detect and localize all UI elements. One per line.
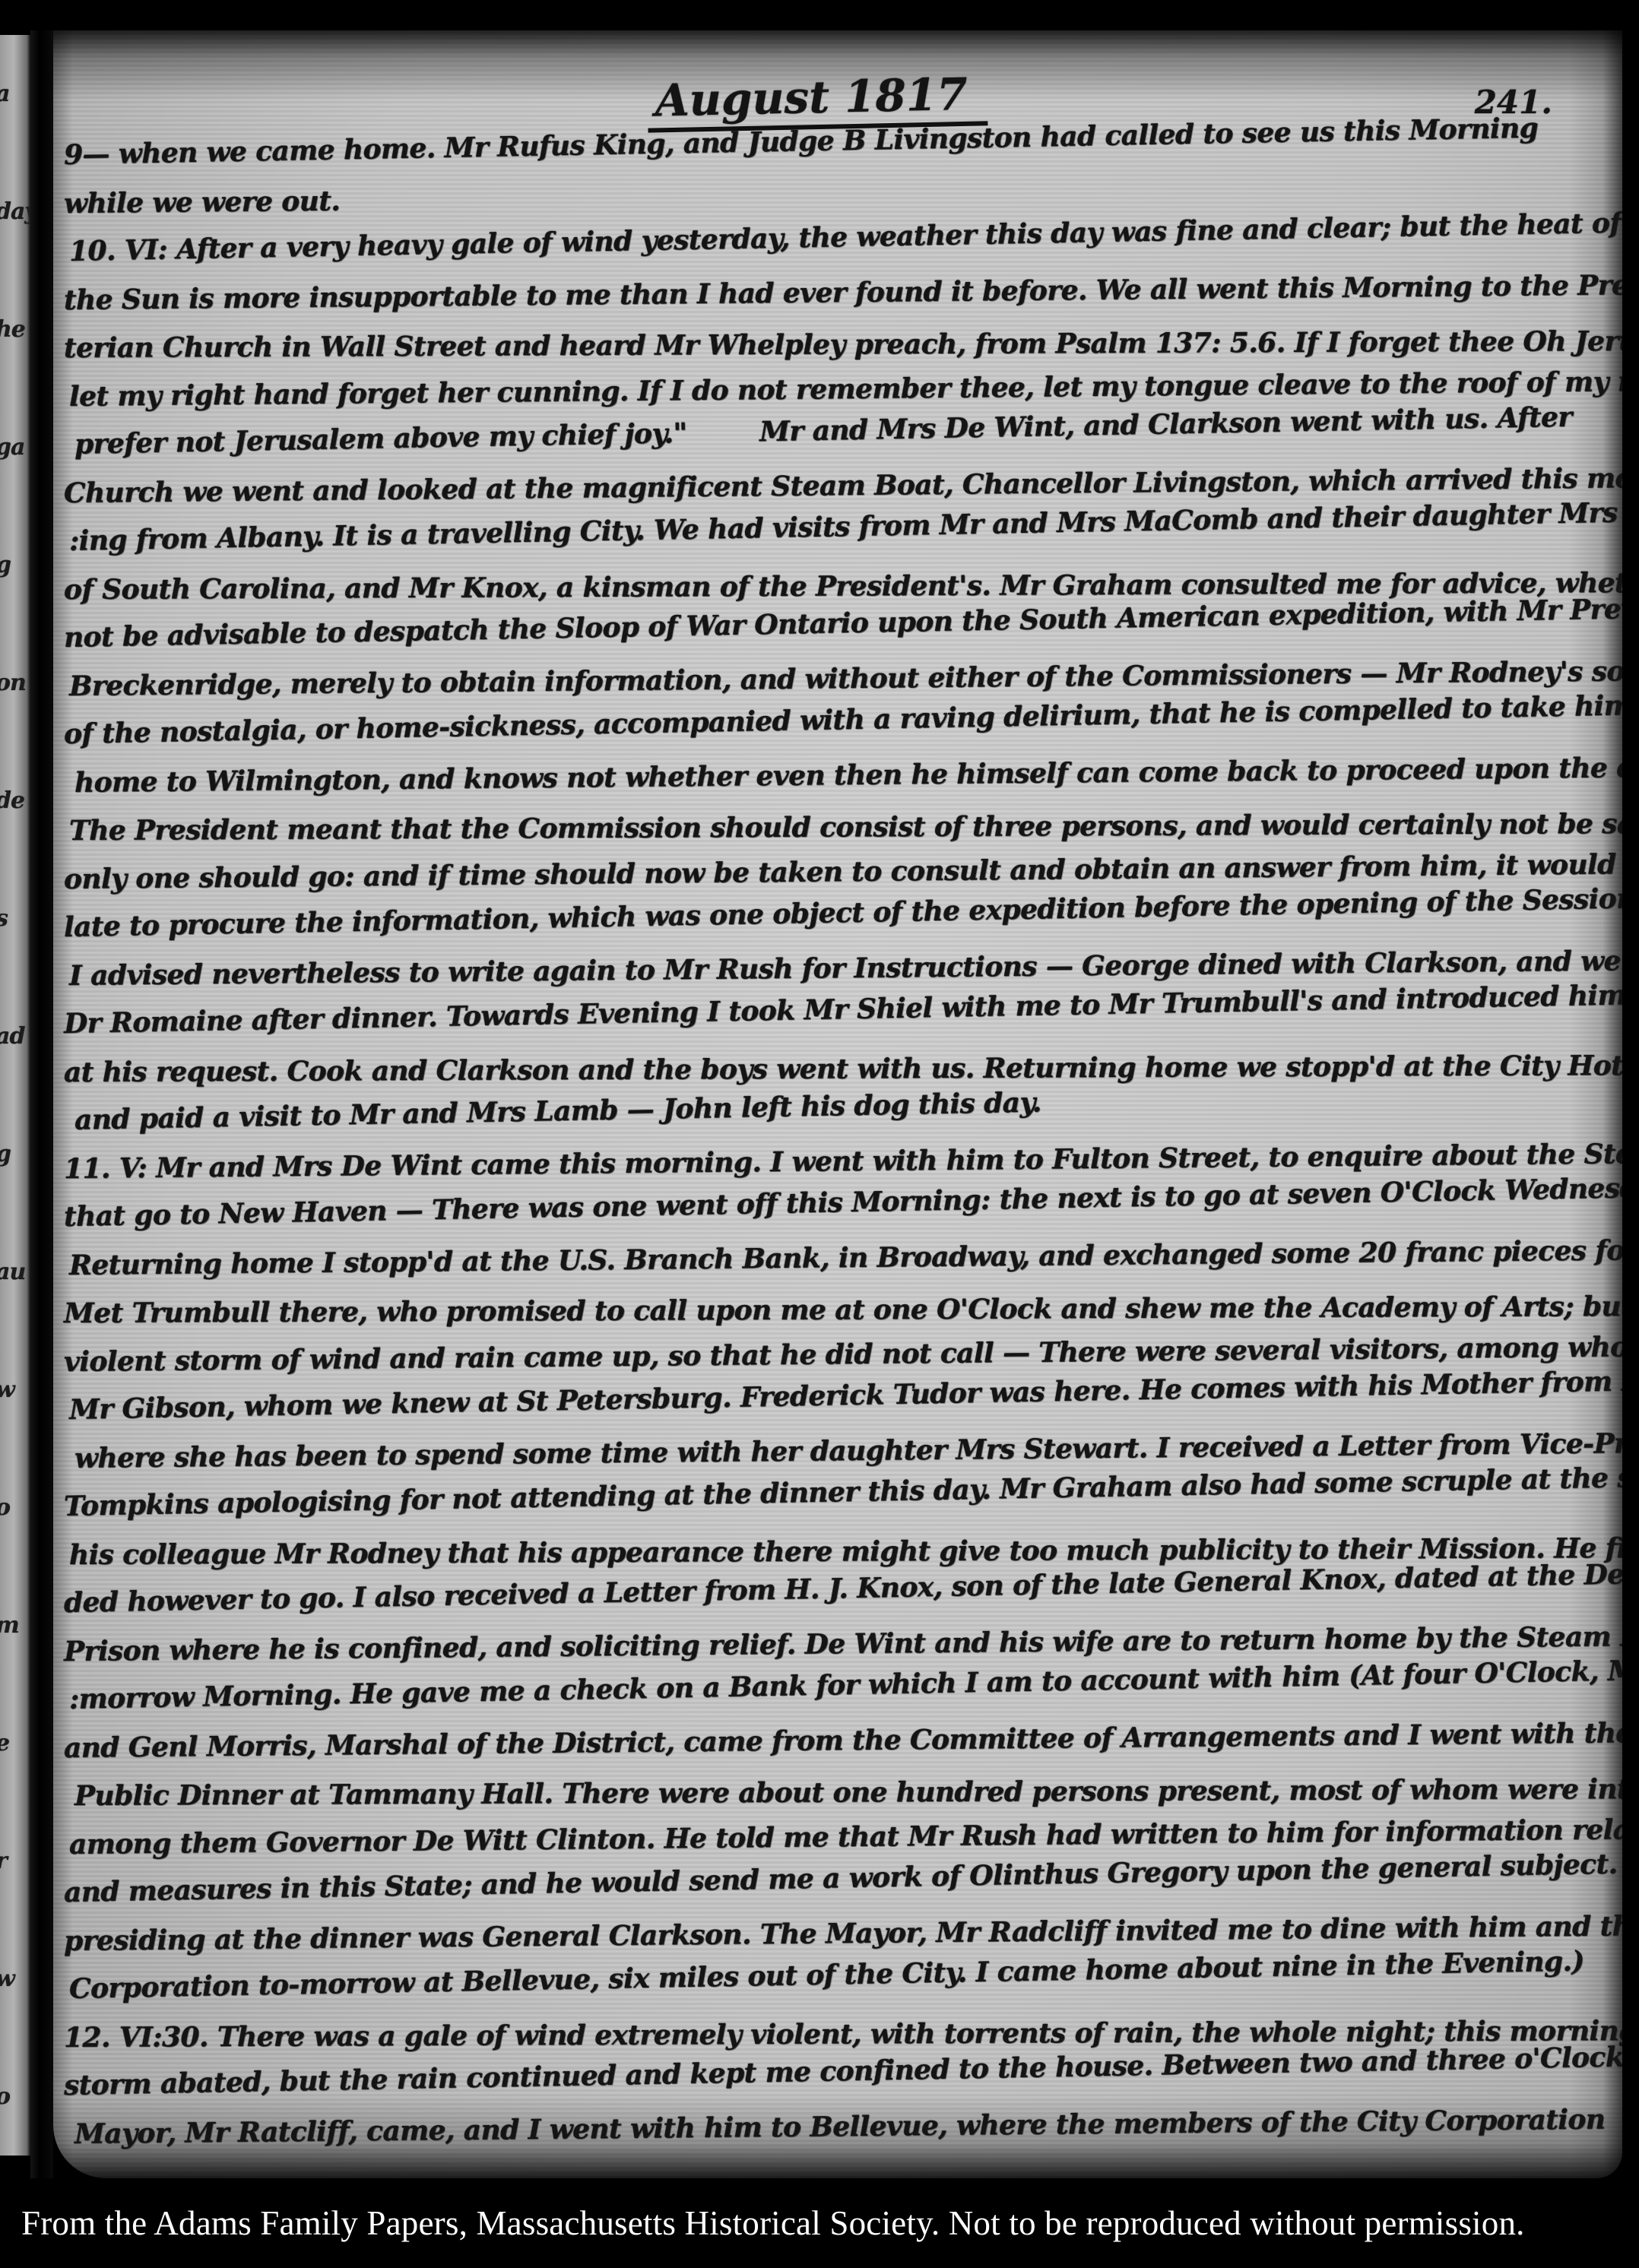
diary-page: August 1817 241. 9— when we came home. M…: [53, 26, 1622, 2178]
marginalia-fragment: w: [0, 1965, 14, 1992]
marginalia-fragment: g: [0, 552, 11, 578]
marginalia-fragment: he: [0, 316, 25, 343]
diary-body: 9— when we came home. Mr Rufus King, and…: [64, 131, 1615, 2169]
marginalia-fragment: de: [0, 787, 24, 814]
marginalia-fragment: r: [0, 1848, 7, 1874]
marginalia-fragment: o: [0, 1494, 10, 1521]
marginalia-fragment: au: [0, 1259, 25, 1285]
marginalia-fragment: a: [0, 81, 9, 107]
scan-right-edge: [1622, 0, 1639, 2178]
marginalia-fragment: m: [0, 1612, 19, 1639]
caption-bar: From the Adams Family Papers, Massachuse…: [0, 2178, 1639, 2268]
bottom-caption: From the Adams Family Papers, Massachuse…: [0, 2203, 1525, 2243]
marginalia-fragment: ad: [0, 1023, 24, 1050]
marginalia-fragment: ga: [0, 434, 24, 461]
marginalia-fragment: g: [0, 1141, 11, 1167]
book-gutter: [30, 0, 53, 2178]
facing-page-edge: adayhegagondesadgauwomerwo: [0, 35, 30, 2156]
marginalia-fragment: e: [0, 1730, 9, 1756]
scanned-diary-page: adayhegagondesadgauwomerwo August 1817 2…: [0, 0, 1639, 2268]
marginalia-fragment: day: [0, 198, 30, 225]
marginalia-fragment: on: [0, 670, 26, 696]
marginalia-fragment: w: [0, 1376, 14, 1403]
marginalia-fragment: s: [0, 905, 8, 932]
scan-top-edge: [0, 0, 1639, 30]
marginalia-fragment: o: [0, 2083, 10, 2110]
